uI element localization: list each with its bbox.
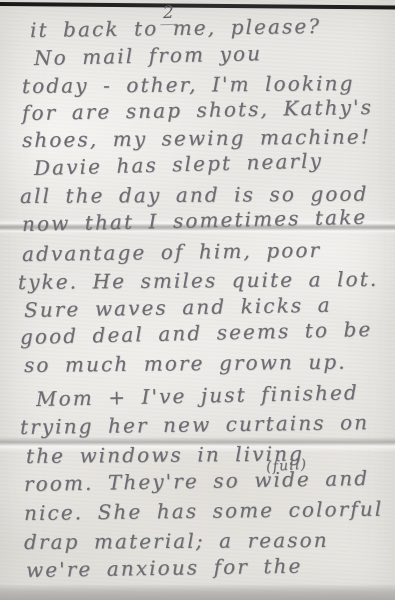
handwriting-line: for are snap shots, Kathy's — [22, 97, 373, 123]
handwriting-line: shoes, my sewing machine! — [22, 126, 371, 150]
handwriting-line: nice. She has some colorful — [24, 499, 384, 523]
handwriting-line: it back to me, please? — [30, 16, 321, 40]
handwriting-insertion: (full) — [265, 457, 307, 476]
handwriting-line: Davie has slept nearly — [34, 150, 324, 178]
paper-bottom-shadow — [0, 585, 395, 600]
paper-top-edge — [0, 2, 395, 9]
handwriting-line: room. They're so wide and — [24, 468, 370, 494]
handwriting-line: all the day and is so good — [20, 184, 369, 206]
handwriting-line: tyke. He smiles quite a lot. — [18, 269, 379, 292]
handwriting-line: good deal and seems to be — [20, 319, 373, 347]
handwriting-line: so much more grown up. — [24, 352, 347, 375]
letter-page-scan: 2 it back to me, please? No mail from yo… — [0, 0, 395, 600]
handwriting-line: Sure waves and kicks a — [24, 295, 332, 320]
handwriting-line: trying her new curtains on — [20, 412, 369, 437]
handwriting-line: today - other, I'm looking — [22, 73, 355, 96]
handwriting-line: drap material; a reason — [24, 530, 329, 552]
handwriting-line: we're anxious for the — [26, 556, 303, 580]
handwriting-line: the windows in living — [26, 444, 304, 466]
handwriting-line: No mail from you — [34, 43, 262, 68]
handwriting-line: advantage of him, poor — [22, 240, 321, 264]
handwriting-line: Mom + I've just finished — [36, 382, 359, 409]
